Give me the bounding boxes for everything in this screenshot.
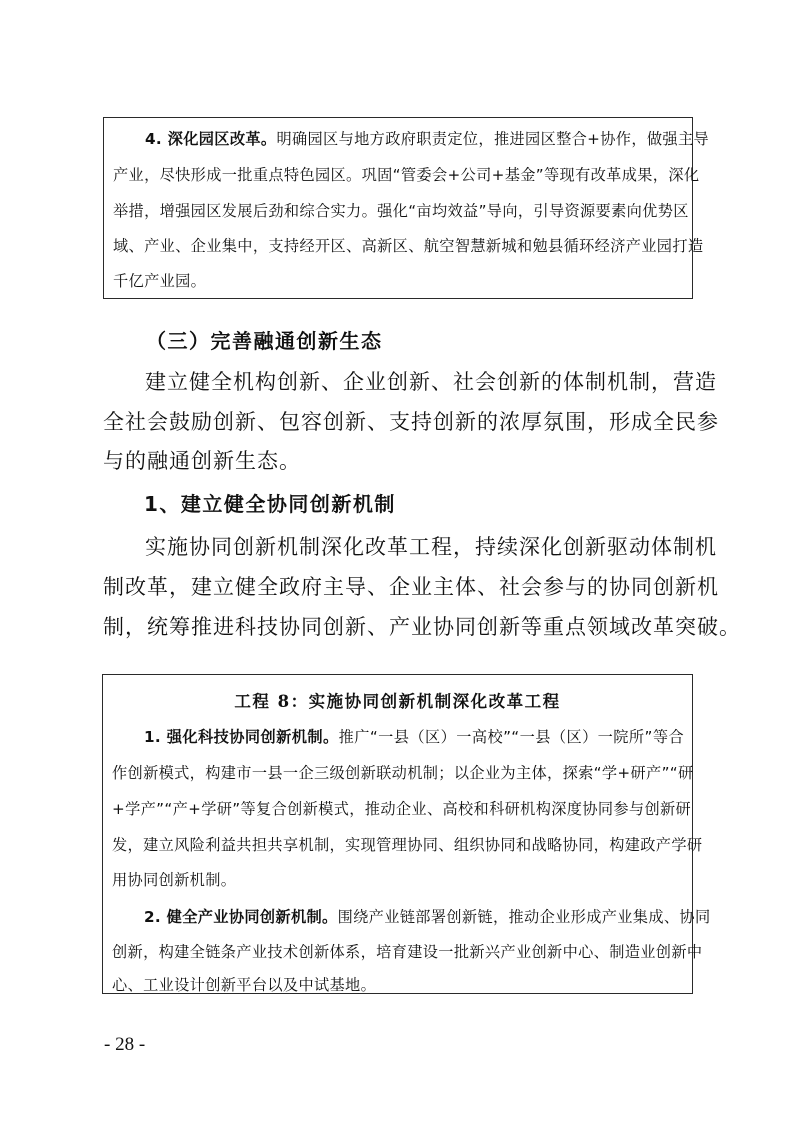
- subsection-heading: 1、建立健全协同创新机制: [144, 491, 396, 517]
- box-line: 创新，构建全链条产业技术创新体系，培育建设一批新兴产业创新中心、制造业创新中: [112, 942, 684, 962]
- box-line: 心、工业设计创新平台以及中试基地。: [112, 975, 684, 995]
- paragraph-line: 实施协同创新机制深化改革工程，持续深化创新驱动体制机: [103, 534, 691, 560]
- paragraph-line: 全社会鼓励创新、包容创新、支持创新的浓厚氛围，形成全民参: [103, 409, 691, 435]
- box-line: 用协同创新机制。: [112, 870, 684, 890]
- reform-box-parks: 4. 深化园区改革。明确园区与地方政府职责定位，推进园区整合+协作，做强主导 产…: [103, 117, 693, 299]
- box-line: 作创新模式，构建市一县一企三级创新联动机制；以企业为主体，探索“学+研产”“研: [112, 763, 684, 783]
- box-line: 2. 健全产业协同创新机制。围绕产业链部署创新链，推动企业形成产业集成、协同: [112, 907, 684, 927]
- paragraph-line: 与的融通创新生态。: [103, 448, 691, 474]
- paragraph-line: 制改革，建立健全政府主导、企业主体、社会参与的协同创新机: [103, 574, 691, 600]
- project-box-8: 工程 8：实施协同创新机制深化改革工程 1. 强化科技协同创新机制。推广“一县（…: [102, 674, 693, 994]
- project-title: 工程 8：实施协同创新机制深化改革工程: [103, 688, 692, 712]
- item-label: 2. 健全产业协同创新机制。: [144, 908, 338, 926]
- paragraph-line: 建立健全机构创新、企业创新、社会创新的体制机制，营造: [103, 369, 691, 395]
- box-line: +学产”“产+学研”等复合创新模式，推动企业、高校和科研机构深度协同参与创新研: [112, 799, 684, 819]
- item-label: 1. 强化科技协同创新机制。: [144, 728, 339, 746]
- item-label: 4. 深化园区改革。: [145, 130, 276, 148]
- box-line: 1. 强化科技协同创新机制。推广“一县（区）一高校”“一县（区）一院所”等合: [112, 727, 684, 747]
- item-text: 围绕产业链部署创新链，推动企业形成产业集成、协同: [338, 908, 711, 926]
- paragraph-line: 制，统筹推进科技协同创新、产业协同创新等重点领域改革突破。: [103, 614, 691, 640]
- item-text: 明确园区与地方政府职责定位，推进园区整合+协作，做强主导: [276, 130, 709, 148]
- page-number: - 28 -: [104, 1034, 145, 1056]
- section-heading: （三）完善融通创新生态: [146, 328, 383, 354]
- box-line: 千亿产业园。: [113, 271, 684, 291]
- box-line: 产业，尽快形成一批重点特色园区。巩固“管委会+公司+基金”等现有改革成果，深化: [113, 165, 684, 185]
- box-line: 域、产业、企业集中，支持经开区、高新区、航空智慧新城和勉县循环经济产业园打造: [113, 236, 684, 256]
- item-text: 推广“一县（区）一高校”“一县（区）一院所”等合: [339, 728, 684, 746]
- box-line: 发，建立风险利益共担共享机制，实现管理协同、组织协同和战略协同，构建政产学研: [112, 835, 684, 855]
- box-line: 4. 深化园区改革。明确园区与地方政府职责定位，推进园区整合+协作，做强主导: [113, 129, 684, 149]
- box-line: 举措，增强园区发展后劲和综合实力。强化“亩均效益”导向，引导资源要素向优势区: [113, 201, 684, 221]
